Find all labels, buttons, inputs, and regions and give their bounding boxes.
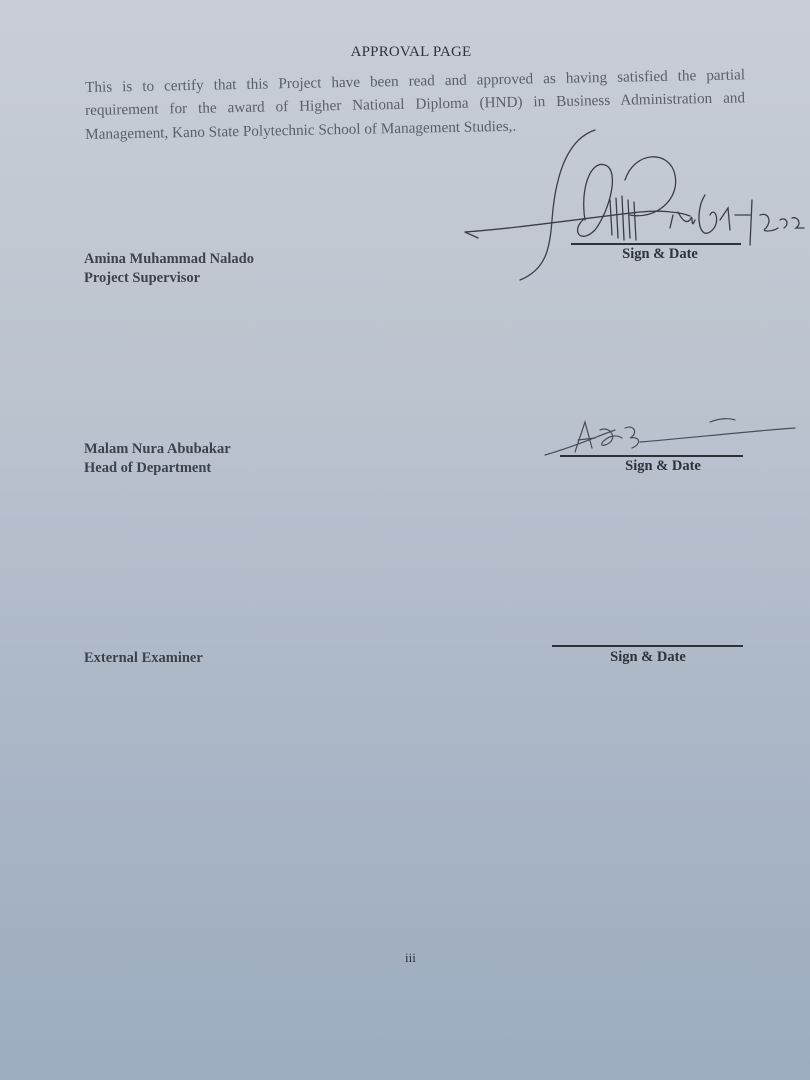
- hod-signature-icon: [540, 410, 810, 460]
- external-examiner-label: External Examiner: [84, 649, 203, 668]
- external-examiner-sign-date-label: Sign & Date: [588, 649, 708, 666]
- hod-signature-line[interactable]: [560, 455, 743, 457]
- supervisor-signature-icon: [460, 120, 810, 290]
- hod-role: Head of Department: [84, 459, 231, 478]
- supervisor-block: Amina Muhammad Nalado Project Supervisor: [84, 250, 254, 288]
- supervisor-sign-date-label: Sign & Date: [600, 246, 720, 263]
- supervisor-role: Project Supervisor: [84, 269, 254, 288]
- page-title: APPROVAL PAGE: [0, 44, 810, 61]
- hod-name: Malam Nura Abubakar: [84, 440, 231, 459]
- external-examiner-signature-line[interactable]: [552, 645, 743, 647]
- supervisor-name: Amina Muhammad Nalado: [84, 250, 254, 269]
- page-number: iii: [405, 950, 416, 966]
- supervisor-signature-line[interactable]: [571, 243, 741, 245]
- hod-sign-date-label: Sign & Date: [603, 458, 723, 475]
- hod-block: Malam Nura Abubakar Head of Department: [84, 440, 231, 478]
- approval-page: APPROVAL PAGE This is to certify that th…: [0, 0, 810, 1080]
